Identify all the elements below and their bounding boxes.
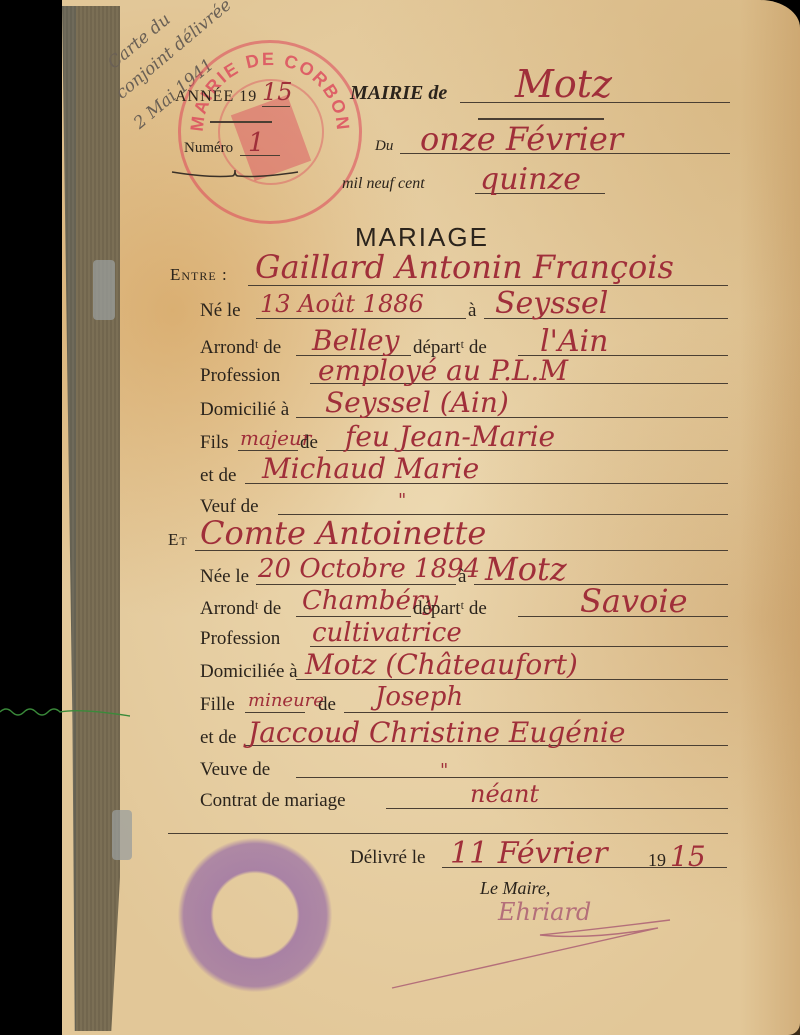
veuve-de-value: "	[440, 760, 448, 781]
arrond-label: Arrondᵗ de	[200, 337, 281, 359]
fille-de-label: de	[318, 694, 336, 716]
mairie-value: Motz	[515, 62, 612, 106]
bride-a-label: à	[458, 566, 466, 588]
domicile-label: Domicilié à	[200, 399, 289, 421]
groom-birth-date: 13 Août 1886	[260, 290, 424, 318]
bride-birth-place: Motz	[485, 550, 567, 588]
brace-ornament-icon	[170, 168, 300, 180]
spine-tape-patch	[112, 810, 132, 860]
bride-depart-label: départᵗ de	[413, 598, 487, 620]
numero-label: Numéro	[184, 140, 233, 157]
bride-arrond-label: Arrondᵗ de	[200, 598, 281, 620]
mil-neuf-cent-value: quinze	[480, 162, 581, 197]
entre-label: Entre :	[170, 265, 228, 285]
a-label: à	[468, 300, 476, 322]
bride-father-value: Joseph	[375, 682, 463, 712]
spine-tape-patch	[93, 260, 115, 320]
bride-depart-value: Savoie	[580, 582, 688, 620]
bride-profession-value: cultivatrice	[312, 618, 462, 648]
groom-profession-value: employé au P.L.M	[318, 354, 568, 387]
fille-status-value: mineure	[248, 690, 324, 711]
red-mairie-stamp: MAIRIE DE CORBON	[178, 40, 362, 224]
annee-label: ANNÉE 19	[175, 88, 257, 106]
delivre-year-prefix: 19	[648, 850, 666, 871]
bride-birth-date: 20 Octobre 1894	[258, 554, 480, 584]
groom-name: Gaillard Antonin François	[255, 248, 674, 286]
numero-value: 1	[248, 128, 265, 158]
signature-flourish-icon	[390, 910, 680, 990]
mil-neuf-cent-label: mil neuf cent	[342, 175, 425, 193]
bride-et-de-label: et de	[200, 727, 236, 749]
delivre-value: 11 Février	[450, 836, 608, 871]
fils-de-label: de	[300, 432, 318, 454]
groom-birth-place: Seyssel	[495, 286, 608, 321]
le-maire-label: Le Maire,	[480, 878, 550, 899]
du-label: Du	[375, 138, 393, 155]
mairie-label: MAIRIE de	[350, 82, 447, 105]
delivre-label: Délivré le	[350, 847, 425, 869]
groom-arrond-value: Belley	[312, 324, 399, 357]
profession-label: Profession	[200, 365, 280, 387]
nee-le-label: Née le	[200, 566, 249, 588]
bride-domicile-label: Domiciliée à	[200, 661, 298, 683]
et-label: Et	[168, 530, 188, 550]
du-value: onze Février	[420, 120, 623, 158]
groom-mother-value: Michaud Marie	[262, 452, 479, 485]
fils-label: Fils	[200, 432, 229, 454]
contrat-label: Contrat de mariage	[200, 790, 346, 812]
delivre-year-suffix: 15	[670, 840, 706, 873]
et-de-label: et de	[200, 465, 236, 487]
bride-profession-label: Profession	[200, 628, 280, 650]
fille-label: Fille	[200, 694, 235, 716]
ne-le-label: Né le	[200, 300, 241, 322]
groom-domicile-value: Seyssel (Ain)	[325, 386, 509, 419]
bride-name: Comte Antoinette	[200, 514, 486, 552]
purple-stamp	[150, 810, 360, 1020]
annee-value: 15	[262, 78, 293, 106]
bride-mother-value: Jaccoud Christine Eugénie	[248, 716, 625, 749]
contrat-value: néant	[470, 780, 539, 808]
stamp-emblem-icon: MAIRIE DE CORBON	[181, 43, 359, 221]
bride-domicile-value: Motz (Châteaufort)	[305, 648, 578, 681]
groom-father-value: feu Jean-Marie	[345, 420, 555, 453]
veuf-de-value: "	[398, 490, 406, 511]
veuve-de-label: Veuve de	[200, 759, 270, 781]
loose-thread	[0, 700, 130, 720]
